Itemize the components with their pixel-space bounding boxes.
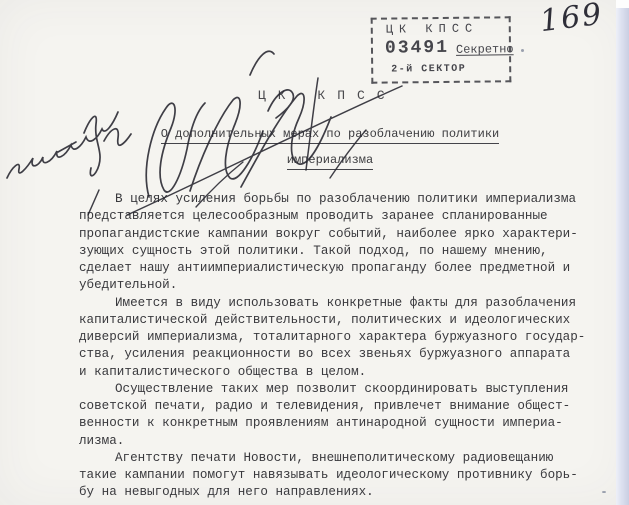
title-line-1: О дополнительных мерах по разоблачению п…: [161, 127, 499, 144]
addressee-heading: ЦК КПСС: [258, 88, 397, 103]
body-line: Агентству печати Новости, внешнеполитиче…: [79, 450, 595, 467]
body-line: такие кампании помогут навязывать идеоло…: [79, 467, 595, 484]
stamp-sector: 2-й СЕКТОР: [391, 64, 466, 76]
body-line: ства, усиления реакционности во всех зве…: [79, 346, 595, 363]
body-line: капиталистической действительности, поли…: [79, 312, 595, 329]
body-line: сделает нашу антиимпериалистическую проп…: [79, 260, 595, 277]
body-line: Осуществление таких мер позволит скоорди…: [79, 381, 595, 398]
stamp-number: 03491: [385, 38, 449, 59]
stamp-org: ЦК КПСС: [386, 22, 479, 37]
body-line: бу на невыгодных для него направлениях.: [79, 484, 595, 501]
body-line: венности к конкретным проявлениям антина…: [79, 415, 595, 432]
scan-speck: [602, 491, 606, 493]
scan-edge-corner: [616, 0, 629, 8]
scan-speck: [521, 49, 524, 52]
document-body: В целях усиления борьбы по разоблачению …: [79, 191, 595, 502]
stamp-secrecy-label: Секретно: [456, 42, 514, 57]
document-title: О дополнительных мерах по разоблачению п…: [65, 127, 595, 170]
registration-stamp: ЦК КПСС 03491 Секретно 2-й СЕКТОР: [371, 16, 512, 83]
title-line-2: империализма: [287, 153, 373, 170]
body-line: советской печати, радио и телевидения, п…: [79, 398, 595, 415]
body-line: зующих сущность этой политики. Такой под…: [79, 243, 595, 260]
body-line: представляется целесообразным проводить …: [79, 208, 595, 225]
scan-edge-strip: [616, 8, 629, 505]
body-line: лизма.: [79, 433, 595, 450]
body-line: убедительной.: [79, 277, 595, 294]
scanned-document-page: 169 ЦК КПСС 03491 Секретно 2-й СЕКТОР ЦК…: [0, 0, 629, 505]
body-line: и капиталистического общества в целом.: [79, 364, 595, 381]
handwritten-page-number: 169: [538, 0, 612, 39]
body-line: диверсий империализма, тоталитарного хар…: [79, 329, 595, 346]
body-line: Имеется в виду использовать конкретные ф…: [79, 295, 595, 312]
body-line: В целях усиления борьбы по разоблачению …: [79, 191, 595, 208]
body-line: пропагандистские кампании вокруг событий…: [79, 226, 595, 243]
